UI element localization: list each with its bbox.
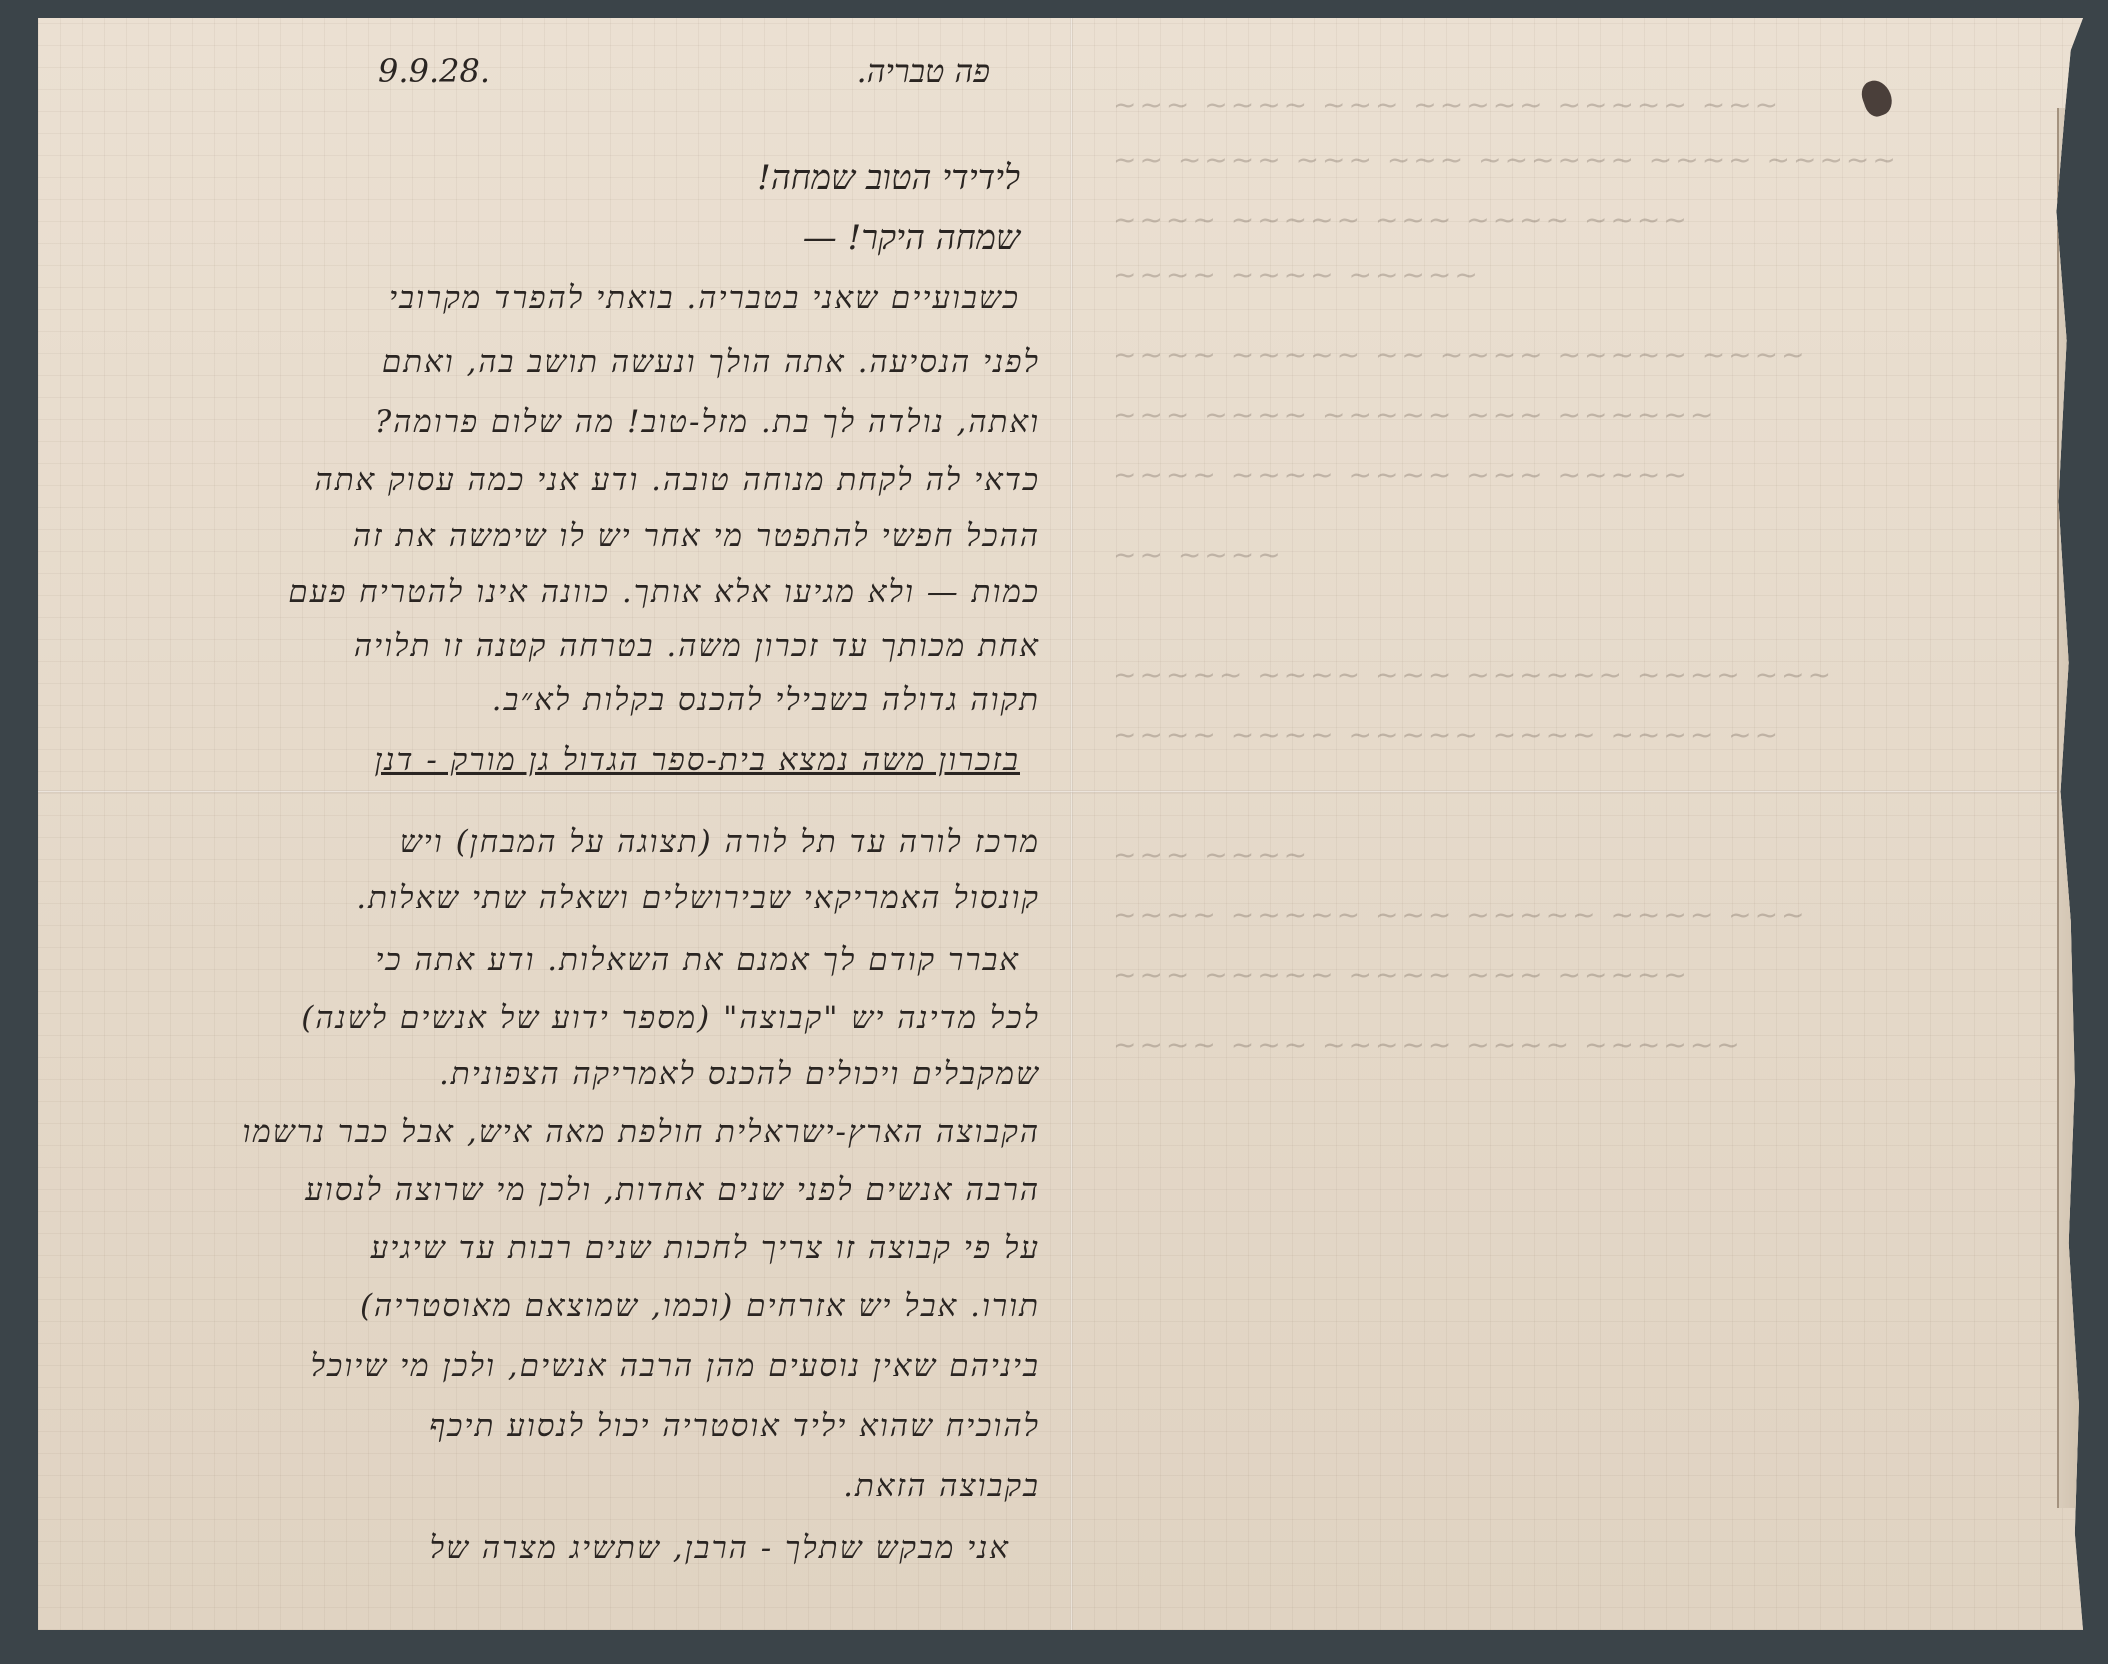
body-line: כדאי לה לקחת מנוחה טובה. ודע אני כמה עסו… xyxy=(315,462,1040,498)
letter-paper: פה טבריה. 9.9.28. לידידי הטוב שמחה! שמחה… xyxy=(38,18,2083,1630)
body-line: קונסול האמריקאי שבירושלים ושאלה שתי שאלו… xyxy=(356,880,1040,916)
body-line: כמות — ולא מגיעו אלא אותך. כוונה אינו לה… xyxy=(288,574,1040,610)
letter-salutation: שמחה היקר! — xyxy=(803,218,1020,258)
body-line: ההכל חפשי להתפטר מי אחר יש לו שימשה את ז… xyxy=(353,518,1040,554)
vertical-fold-crease xyxy=(1070,18,1073,1630)
body-line: לכל מדינה יש "קבוצה" (מספר ידוע של אנשים… xyxy=(301,1000,1040,1036)
body-line: מרכז לורה עד תל לורה (תצוגה על המבחן) וי… xyxy=(400,824,1040,860)
body-line: בזכרון משה נמצא בית-ספר הגדול גן מורק - … xyxy=(374,742,1020,778)
handwritten-letter-left-page: פה טבריה. 9.9.28. לידידי הטוב שמחה! שמחה… xyxy=(60,18,1050,1630)
body-line: להוכיח שהוא יליד אוסטריה יכול לנסוע תיכף xyxy=(429,1408,1040,1444)
body-line: תורו. אבל יש אזרחים (וכמו, שמוצאם מאוסטר… xyxy=(360,1288,1040,1324)
body-line: תקוה גדולה בשבילי להכנס בקלות לא״ב. xyxy=(492,682,1040,718)
letter-greeting: לידידי הטוב שמחה! xyxy=(757,158,1020,198)
body-line: בקבוצה הזאת. xyxy=(843,1468,1040,1504)
body-line: שמקבלים ויכולים להכנס לאמריקה הצפונית. xyxy=(439,1056,1040,1092)
body-line: על פי קבוצה זו צריך לחכות שנים רבות עד ש… xyxy=(371,1230,1040,1266)
body-line: ואתה, נולדה לך בת. מזל-טוב! מה שלום פרומ… xyxy=(375,404,1040,440)
body-line: אחת מכותך עד זכרון משה. בטרחה קטנה זו תל… xyxy=(354,628,1040,664)
letter-date: 9.9.28. xyxy=(378,52,490,90)
body-line: הרבה אנשים לפני שנים אחדות, ולכן מי שרוצ… xyxy=(305,1172,1040,1208)
body-line: הקבוצה הארץ-ישראלית חולפת מאה איש, אבל כ… xyxy=(242,1114,1040,1150)
body-line: לפני הנסיעה. אתה הולך ונעשה תושב בה, ואת… xyxy=(382,344,1040,380)
body-line: אני מבקש שתלך - הרבן, שתשיג מצרה של xyxy=(430,1530,1010,1566)
body-line: ביניהם שאין נוסעים מהן הרבה אנשים, ולכן … xyxy=(311,1348,1040,1384)
body-line: כשבועיים שאני בטבריה. בואתי להפרד מקרובי xyxy=(389,280,1020,316)
reverse-side-bleed-through: ~~~ ~~~~ ~~~ ~~~~~ ~~~~~ ~~~ ~~ ~~~~ ~~~… xyxy=(1093,18,2068,1630)
letter-place: פה טבריה. xyxy=(857,52,990,90)
body-line: אברר קודם לך אמנם את השאלות. ודע אתה כי xyxy=(375,942,1020,978)
